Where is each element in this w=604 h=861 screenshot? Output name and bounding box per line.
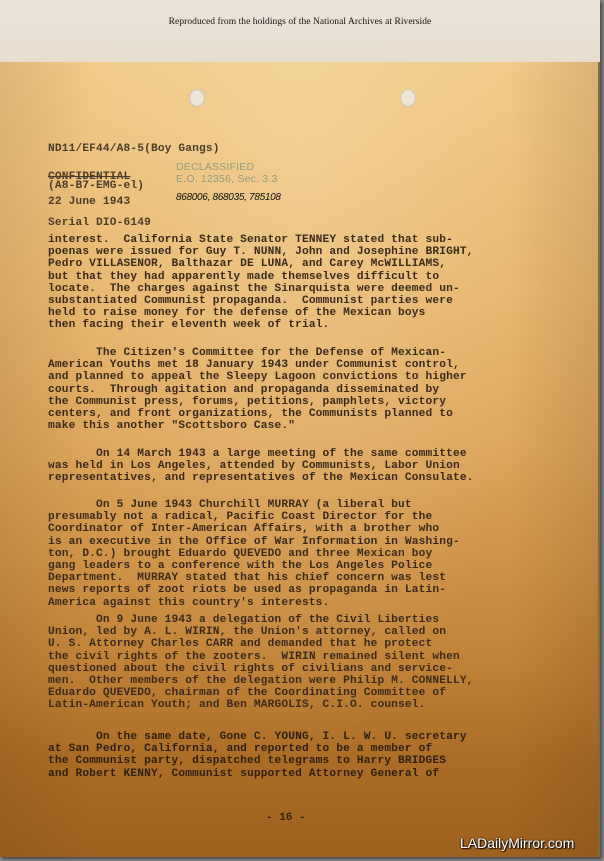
paragraph-line: make this another "Scottsboro Case."	[48, 420, 467, 432]
paragraph: On 14 March 1943 a large meeting of the …	[48, 448, 474, 485]
paragraph-line: American Youths met 18 January 1943 unde…	[48, 359, 467, 371]
paragraph-line: Union, led by A. L. WIRIN, the Union's a…	[48, 626, 474, 638]
document-scan: Reproduced from the holdings of the Nati…	[0, 0, 600, 857]
paragraph-line: courts. Through agitation and propaganda…	[48, 384, 467, 396]
handwritten-reference: 868006, 868035, 785108	[176, 192, 281, 203]
paragraph-line: interest. California State Senator TENNE…	[48, 234, 474, 246]
serial-number: Serial DIO-6149	[48, 217, 220, 229]
paragraph-line: held to raise money for the defense of t…	[48, 307, 474, 319]
paragraph-line: news reports of zoot riots be used as pr…	[48, 584, 460, 596]
paragraph-line: On 9 June 1943 a delegation of the Civil…	[48, 614, 474, 626]
paragraph-line: presumably not a radical, Pacific Coast …	[48, 511, 460, 523]
paragraph: On 9 June 1943 a delegation of the Civil…	[48, 614, 474, 712]
paragraph-line: America against this country's interests…	[48, 597, 460, 609]
watermark: LADailyMirror.com	[460, 835, 574, 851]
paragraph-line: at San Pedro, California, and reported t…	[48, 743, 467, 755]
paragraph-line: questioned about the civil rights of civ…	[48, 663, 474, 675]
paragraph-line: U. S. Attorney Charles CARR and demanded…	[48, 638, 474, 650]
paragraph-line: On 14 March 1943 a large meeting of the …	[48, 448, 474, 460]
paragraph: The Citizen's Committee for the Defense …	[48, 347, 467, 432]
paragraph-line: and planned to appeal the Sleepy Lagoon …	[48, 371, 467, 383]
archive-header-band: Reproduced from the holdings of the Nati…	[0, 0, 600, 62]
paragraph-line: and Robert KENNY, Communist supported At…	[48, 768, 467, 780]
paragraph: On the same date, Gone C. YOUNG, I. L. W…	[48, 731, 467, 780]
paragraph-line: locate. The charges against the Sinarqui…	[48, 283, 474, 295]
paragraph-line: representatives, and representatives of …	[48, 472, 474, 484]
page-number: - 16 -	[266, 812, 306, 824]
paragraph: interest. California State Senator TENNE…	[48, 234, 474, 332]
paragraph-line: On the same date, Gone C. YOUNG, I. L. W…	[48, 731, 467, 743]
paragraph-line: On 5 June 1943 Churchill MURRAY (a liber…	[48, 499, 460, 511]
paragraph-line: the Communist party, dispatched telegram…	[48, 755, 467, 767]
paragraph-line: was held in Los Angeles, attended by Com…	[48, 460, 474, 472]
file-reference-line: ND11/EF44/A8-5(Boy Gangs)	[48, 143, 220, 155]
paragraph-line: Coordinator of Inter-American Affairs, w…	[48, 523, 460, 535]
paragraph-line: centers, and front organizations, the Co…	[48, 408, 467, 420]
paragraph-line: but that they had apparently made themse…	[48, 271, 474, 283]
paragraph-line: then facing their eleventh week of trial…	[48, 319, 474, 331]
paragraph-line: The Citizen's Committee for the Defense …	[48, 347, 467, 359]
punch-hole	[400, 89, 416, 107]
document-date: 22 June 1943	[48, 196, 130, 208]
paragraph-line: the civil rights of the zooters. WIRIN r…	[48, 651, 474, 663]
paragraph-line: gang leaders to a conference with the Lo…	[48, 560, 460, 572]
declassified-stamp: DECLASSIFIED E.O. 12356, Sec. 3.3	[176, 161, 277, 185]
paragraph-line: substantiated Communist propaganda. Comm…	[48, 295, 474, 307]
paragraph-line: the Communist press, forums, petitions, …	[48, 396, 467, 408]
paragraph-line: poenas were issued for Guy T. NUNN, John…	[48, 246, 474, 258]
stamp-line: DECLASSIFIED	[176, 161, 277, 173]
stamp-line: E.O. 12356, Sec. 3.3	[176, 173, 277, 185]
paragraph-line: is an executive in the Office of War Inf…	[48, 536, 460, 548]
paragraph-line: Eduardo QUEVEDO, chairman of the Coordin…	[48, 687, 474, 699]
punch-hole	[189, 89, 205, 107]
paragraph: On 5 June 1943 Churchill MURRAY (a liber…	[48, 499, 460, 609]
paragraph-line: Pedro VILLASENOR, Balthazar DE LUNA, and…	[48, 258, 474, 270]
paragraph-line: men. Other members of the delegation wer…	[48, 675, 474, 687]
paragraph-line: Department. MURRAY stated that his chief…	[48, 572, 460, 584]
classification-struck: CONFIDENTIAL	[48, 171, 130, 183]
archive-note: Reproduced from the holdings of the Nati…	[0, 17, 600, 27]
paragraph-line: Latin-American Youth; and Ben MARGOLIS, …	[48, 699, 474, 711]
paragraph-line: ton, D.C.) brought Eduardo QUEVEDO and t…	[48, 548, 460, 560]
